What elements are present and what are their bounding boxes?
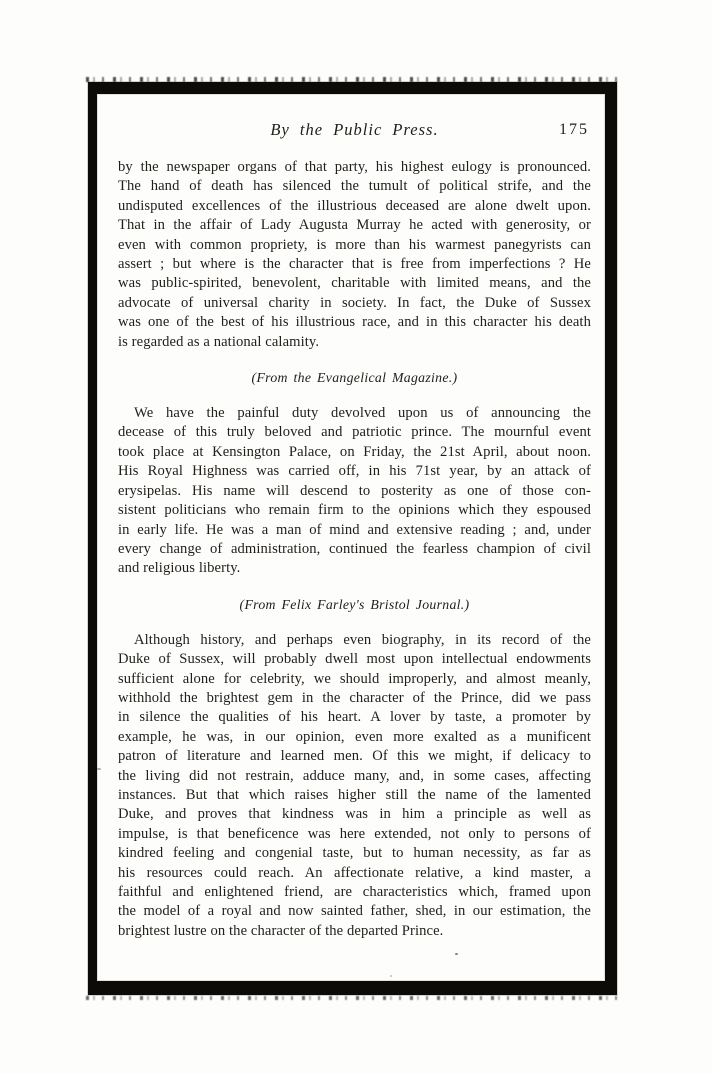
page-body: by the newspaper organs of that party, h… <box>118 158 591 941</box>
text-line: The hand of death has silenced the tumul… <box>118 177 591 196</box>
text-line: was one of the best of his illustrious r… <box>118 313 591 332</box>
text-line: sufficient alone for celebrity, we shoul… <box>118 670 591 689</box>
text-line: even with common propriety, is more than… <box>118 236 591 255</box>
text-line: brightest lustre on the character of the… <box>118 922 591 941</box>
section-heading: (From Felix Farley's Bristol Journal.) <box>118 595 591 614</box>
text-line: by the newspaper organs of that party, h… <box>118 158 591 177</box>
page-border-frame: By the Public Press. 175 by the newspape… <box>88 82 617 995</box>
text-line: took place at Kensington Palace, on Frid… <box>118 443 591 462</box>
text-line: the model of a royal and now sainted fat… <box>118 902 591 921</box>
text-line: was public-spirited, benevolent, charita… <box>118 274 591 293</box>
text-line: erysipelas. His name will descend to pos… <box>118 482 591 501</box>
text-line: example, he was, in our opinion, even mo… <box>118 728 591 747</box>
text-line: every change of administration, continue… <box>118 540 591 559</box>
text-line: faithful and enlightened friend, are cha… <box>118 883 591 902</box>
running-title: By the Public Press. <box>118 117 591 143</box>
page-number: 175 <box>559 117 589 143</box>
scan-speck <box>455 953 458 955</box>
text-line: That in the affair of Lady Augusta Murra… <box>118 216 591 235</box>
page-header: By the Public Press. 175 <box>118 117 591 143</box>
scan-noise-bottom <box>86 996 617 1000</box>
text-line: is regarded as a national calamity. <box>118 333 591 352</box>
text-line: impulse, is that beneficence was here ex… <box>118 825 591 844</box>
section-heading: (From the Evangelical Magazine.) <box>118 368 591 387</box>
text-line: decease of this truly beloved and patrio… <box>118 423 591 442</box>
text-line: His Royal Highness was carried off, in h… <box>118 462 591 481</box>
scan-speck <box>390 975 392 977</box>
paragraph: Although history, and perhaps even biogr… <box>118 631 591 942</box>
scan-speck <box>97 768 101 770</box>
text-line: withhold the brightest gem in the charac… <box>118 689 591 708</box>
text-line: in silence the qualities of his heart. A… <box>118 708 591 727</box>
text-line: Although history, and perhaps even biogr… <box>118 631 591 650</box>
text-line: advocate of universal charity in society… <box>118 294 591 313</box>
text-line: the living did not restrain, adduce many… <box>118 767 591 786</box>
text-line: assert ; but where is the character that… <box>118 255 591 274</box>
text-line: kindred feeling and congenial taste, but… <box>118 844 591 863</box>
text-line: sistent politicians who remain firm to t… <box>118 501 591 520</box>
paragraph: by the newspaper organs of that party, h… <box>118 158 591 352</box>
text-line: patron of literature and learned men. Of… <box>118 747 591 766</box>
scanned-document-page: By the Public Press. 175 by the newspape… <box>0 0 712 1074</box>
text-line: undisputed excellences of the illustriou… <box>118 197 591 216</box>
paragraph: We have the painful duty devolved upon u… <box>118 404 591 579</box>
text-line: and religious liberty. <box>118 559 591 578</box>
text-line: Duke of Sussex, will probably dwell most… <box>118 650 591 669</box>
text-line: in early life. He was a man of mind and … <box>118 521 591 540</box>
text-line: instances. But that which raises higher … <box>118 786 591 805</box>
text-line: his resources could reach. An affectiona… <box>118 864 591 883</box>
text-line: Duke, and proves that kindness was in hi… <box>118 805 591 824</box>
text-line: We have the painful duty devolved upon u… <box>118 404 591 423</box>
